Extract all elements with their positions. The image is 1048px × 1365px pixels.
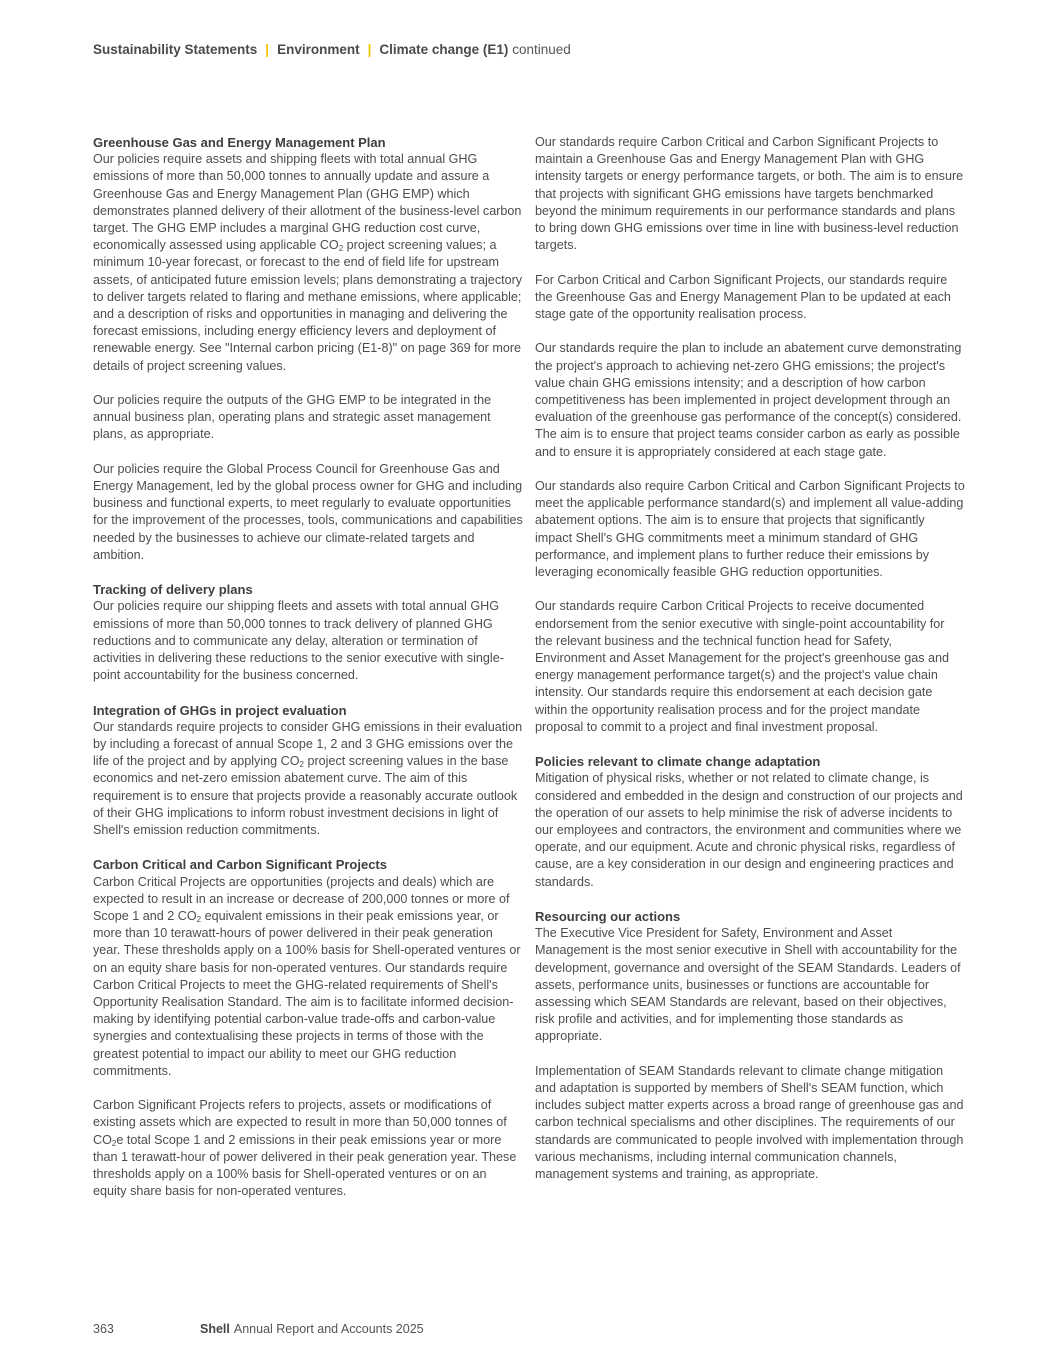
left-column: Greenhouse Gas and Energy Management Pla… xyxy=(93,134,523,1218)
breadcrumb-sustainability-statements[interactable]: Sustainability Statements xyxy=(93,42,257,57)
section-heading-resourcing: Resourcing our actions xyxy=(535,908,965,925)
right-column: Our standards require Carbon Critical an… xyxy=(535,134,965,1200)
paragraph: Our standards require projects to consid… xyxy=(93,719,523,839)
paragraph: Our standards require Carbon Critical Pr… xyxy=(535,598,965,736)
breadcrumb: Sustainability Statements|Environment|Cl… xyxy=(93,42,571,57)
breadcrumb-separator: | xyxy=(265,42,269,57)
publication-title: ShellAnnual Report and Accounts 2025 xyxy=(200,1322,424,1336)
paragraph: Carbon Critical Projects are opportuniti… xyxy=(93,874,523,1080)
breadcrumb-environment[interactable]: Environment xyxy=(277,42,360,57)
section-heading-ghg-emp: Greenhouse Gas and Energy Management Pla… xyxy=(93,134,523,151)
paragraph: Our policies require our shipping fleets… xyxy=(93,598,523,684)
page-number: 363 xyxy=(93,1322,114,1336)
paragraph: Mitigation of physical risks, whether or… xyxy=(535,770,965,890)
page-footer: 363 ShellAnnual Report and Accounts 2025 xyxy=(93,1322,114,1336)
breadcrumb-climate-change[interactable]: Climate change (E1) xyxy=(379,42,508,57)
section-heading-integration: Integration of GHGs in project evaluatio… xyxy=(93,702,523,719)
paragraph: Our policies require the Global Process … xyxy=(93,461,523,564)
paragraph: Our standards require Carbon Critical an… xyxy=(535,134,965,254)
paragraph: Our standards also require Carbon Critic… xyxy=(535,478,965,581)
paragraph: Implementation of SEAM Standards relevan… xyxy=(535,1063,965,1183)
section-heading-adaptation: Policies relevant to climate change adap… xyxy=(535,753,965,770)
continued-label: continued xyxy=(512,42,571,57)
section-heading-carbon-critical: Carbon Critical and Carbon Significant P… xyxy=(93,856,523,873)
section-heading-tracking: Tracking of delivery plans xyxy=(93,581,523,598)
paragraph: Our policies require the outputs of the … xyxy=(93,392,523,444)
paragraph: For Carbon Critical and Carbon Significa… xyxy=(535,272,965,324)
paragraph: Our policies require assets and shipping… xyxy=(93,151,523,375)
paragraph: Carbon Significant Projects refers to pr… xyxy=(93,1097,523,1200)
paragraph: Our standards require the plan to includ… xyxy=(535,340,965,460)
breadcrumb-separator: | xyxy=(368,42,372,57)
brand-name: Shell xyxy=(200,1322,230,1336)
paragraph: The Executive Vice President for Safety,… xyxy=(535,925,965,1045)
